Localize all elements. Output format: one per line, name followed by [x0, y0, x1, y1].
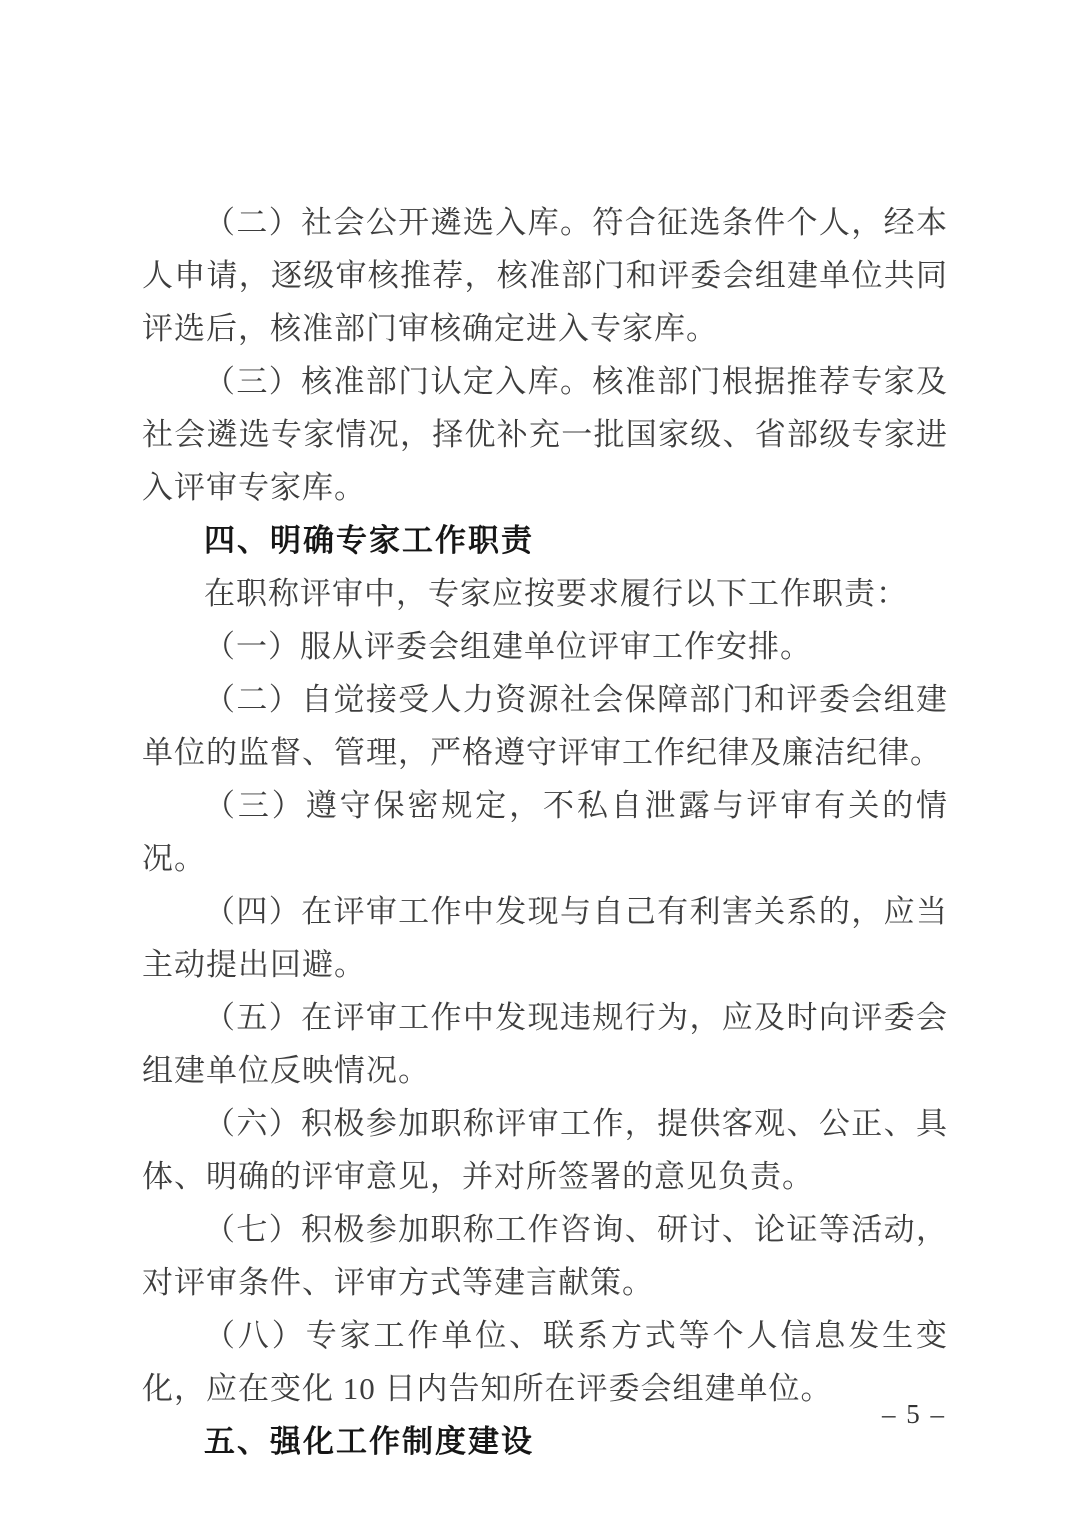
paragraph: （八）专家工作单位、联系方式等个人信息发生变化，应在变化 10 日内告知所在评委… [142, 1309, 948, 1415]
paragraph: （四）在评审工作中发现与自己有利害关系的，应当主动提出回避。 [142, 885, 948, 991]
document-body: （二）社会公开遴选入库。符合征选条件个人，经本人申请，逐级审核推荐，核准部门和评… [142, 196, 948, 1468]
paragraph: （二）社会公开遴选入库。符合征选条件个人，经本人申请，逐级审核推荐，核准部门和评… [142, 196, 948, 355]
paragraph: （五）在评审工作中发现违规行为，应及时向评委会组建单位反映情况。 [142, 991, 948, 1097]
section-heading: 四、明确专家工作职责 [142, 514, 948, 567]
paragraph: （二）自觉接受人力资源社会保障部门和评委会组建单位的监督、管理，严格遵守评审工作… [142, 673, 948, 779]
section-heading: 五、强化工作制度建设 [142, 1415, 948, 1468]
paragraph: （一）服从评委会组建单位评审工作安排。 [142, 620, 948, 673]
document-page: （二）社会公开遴选入库。符合征选条件个人，经本人申请，逐级审核推荐，核准部门和评… [0, 0, 1074, 1520]
paragraph: 在职称评审中，专家应按要求履行以下工作职责： [142, 567, 948, 620]
paragraph: （六）积极参加职称评审工作，提供客观、公正、具体、明确的评审意见，并对所签署的意… [142, 1097, 948, 1203]
page-number: – 5 – [882, 1398, 946, 1430]
paragraph: （七）积极参加职称工作咨询、研讨、论证等活动，对评审条件、评审方式等建言献策。 [142, 1203, 948, 1309]
paragraph: （三）核准部门认定入库。核准部门根据推荐专家及社会遴选专家情况，择优补充一批国家… [142, 355, 948, 514]
paragraph: （三）遵守保密规定，不私自泄露与评审有关的情况。 [142, 779, 948, 885]
